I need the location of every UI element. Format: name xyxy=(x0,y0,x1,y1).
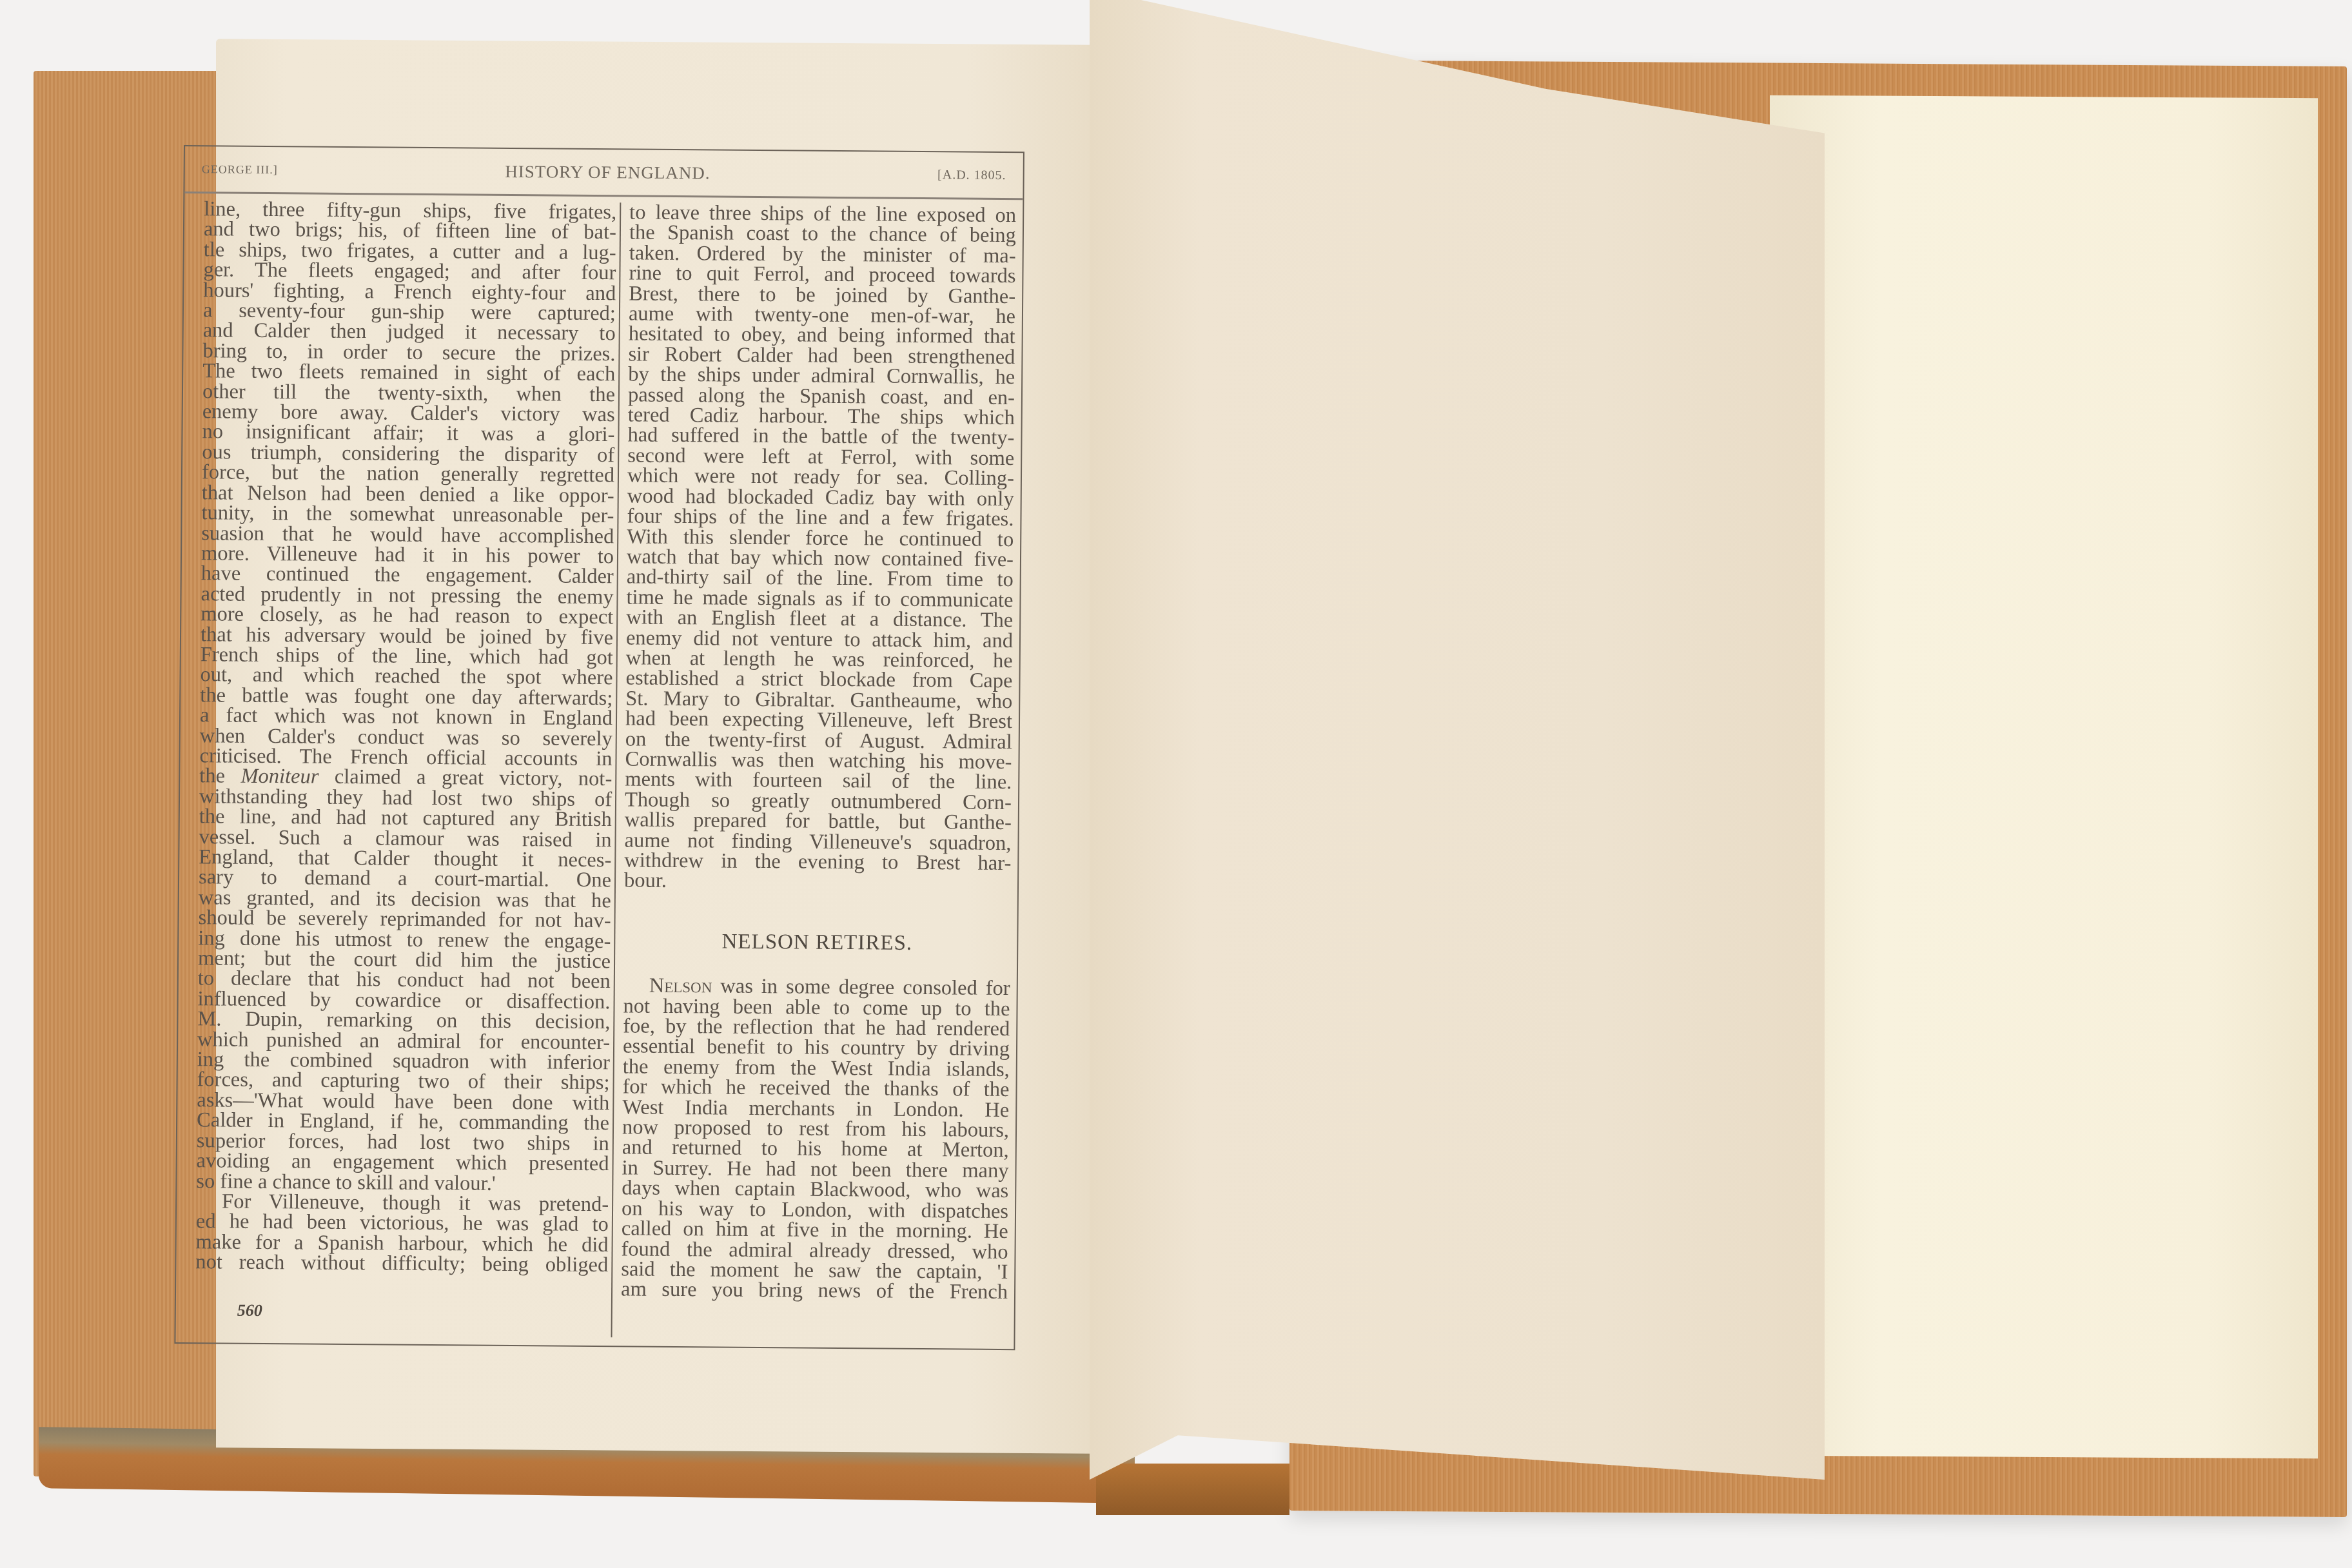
header-reign: GEORGE III.] xyxy=(202,162,278,177)
running-header: GEORGE III.] HISTORY OF ENGLAND. [A.D. 1… xyxy=(184,146,1023,200)
page-number: 560 xyxy=(237,1301,262,1320)
left-text-column: line, three fifty-gun ships, five frigat… xyxy=(195,199,616,1276)
text-line: not reach without difficulty; being obli… xyxy=(195,1252,608,1275)
header-year: [A.D. 1805. xyxy=(937,168,1006,183)
text-line: am sure you bring news of the French xyxy=(621,1280,1008,1303)
right-column-continuation: to leave three ships of the line exposed… xyxy=(624,202,1016,894)
page-text-frame: GEORGE III.] HISTORY OF ENGLAND. [A.D. 1… xyxy=(174,145,1024,1350)
header-title: HISTORY OF ENGLAND. xyxy=(505,161,710,182)
section-heading: NELSON RETIRES. xyxy=(623,931,1010,954)
turning-blank-page xyxy=(1090,0,1825,1480)
book-spine-bottom xyxy=(1096,1464,1289,1515)
nelson-retires-section: Nelson was in some degree consoled for n… xyxy=(621,976,1010,1303)
right-text-column: to leave three ships of the line exposed… xyxy=(621,202,1016,1302)
blank-endpaper xyxy=(1770,95,2318,1458)
text-line: withdrew in the evening to Brest har- xyxy=(624,850,1011,874)
